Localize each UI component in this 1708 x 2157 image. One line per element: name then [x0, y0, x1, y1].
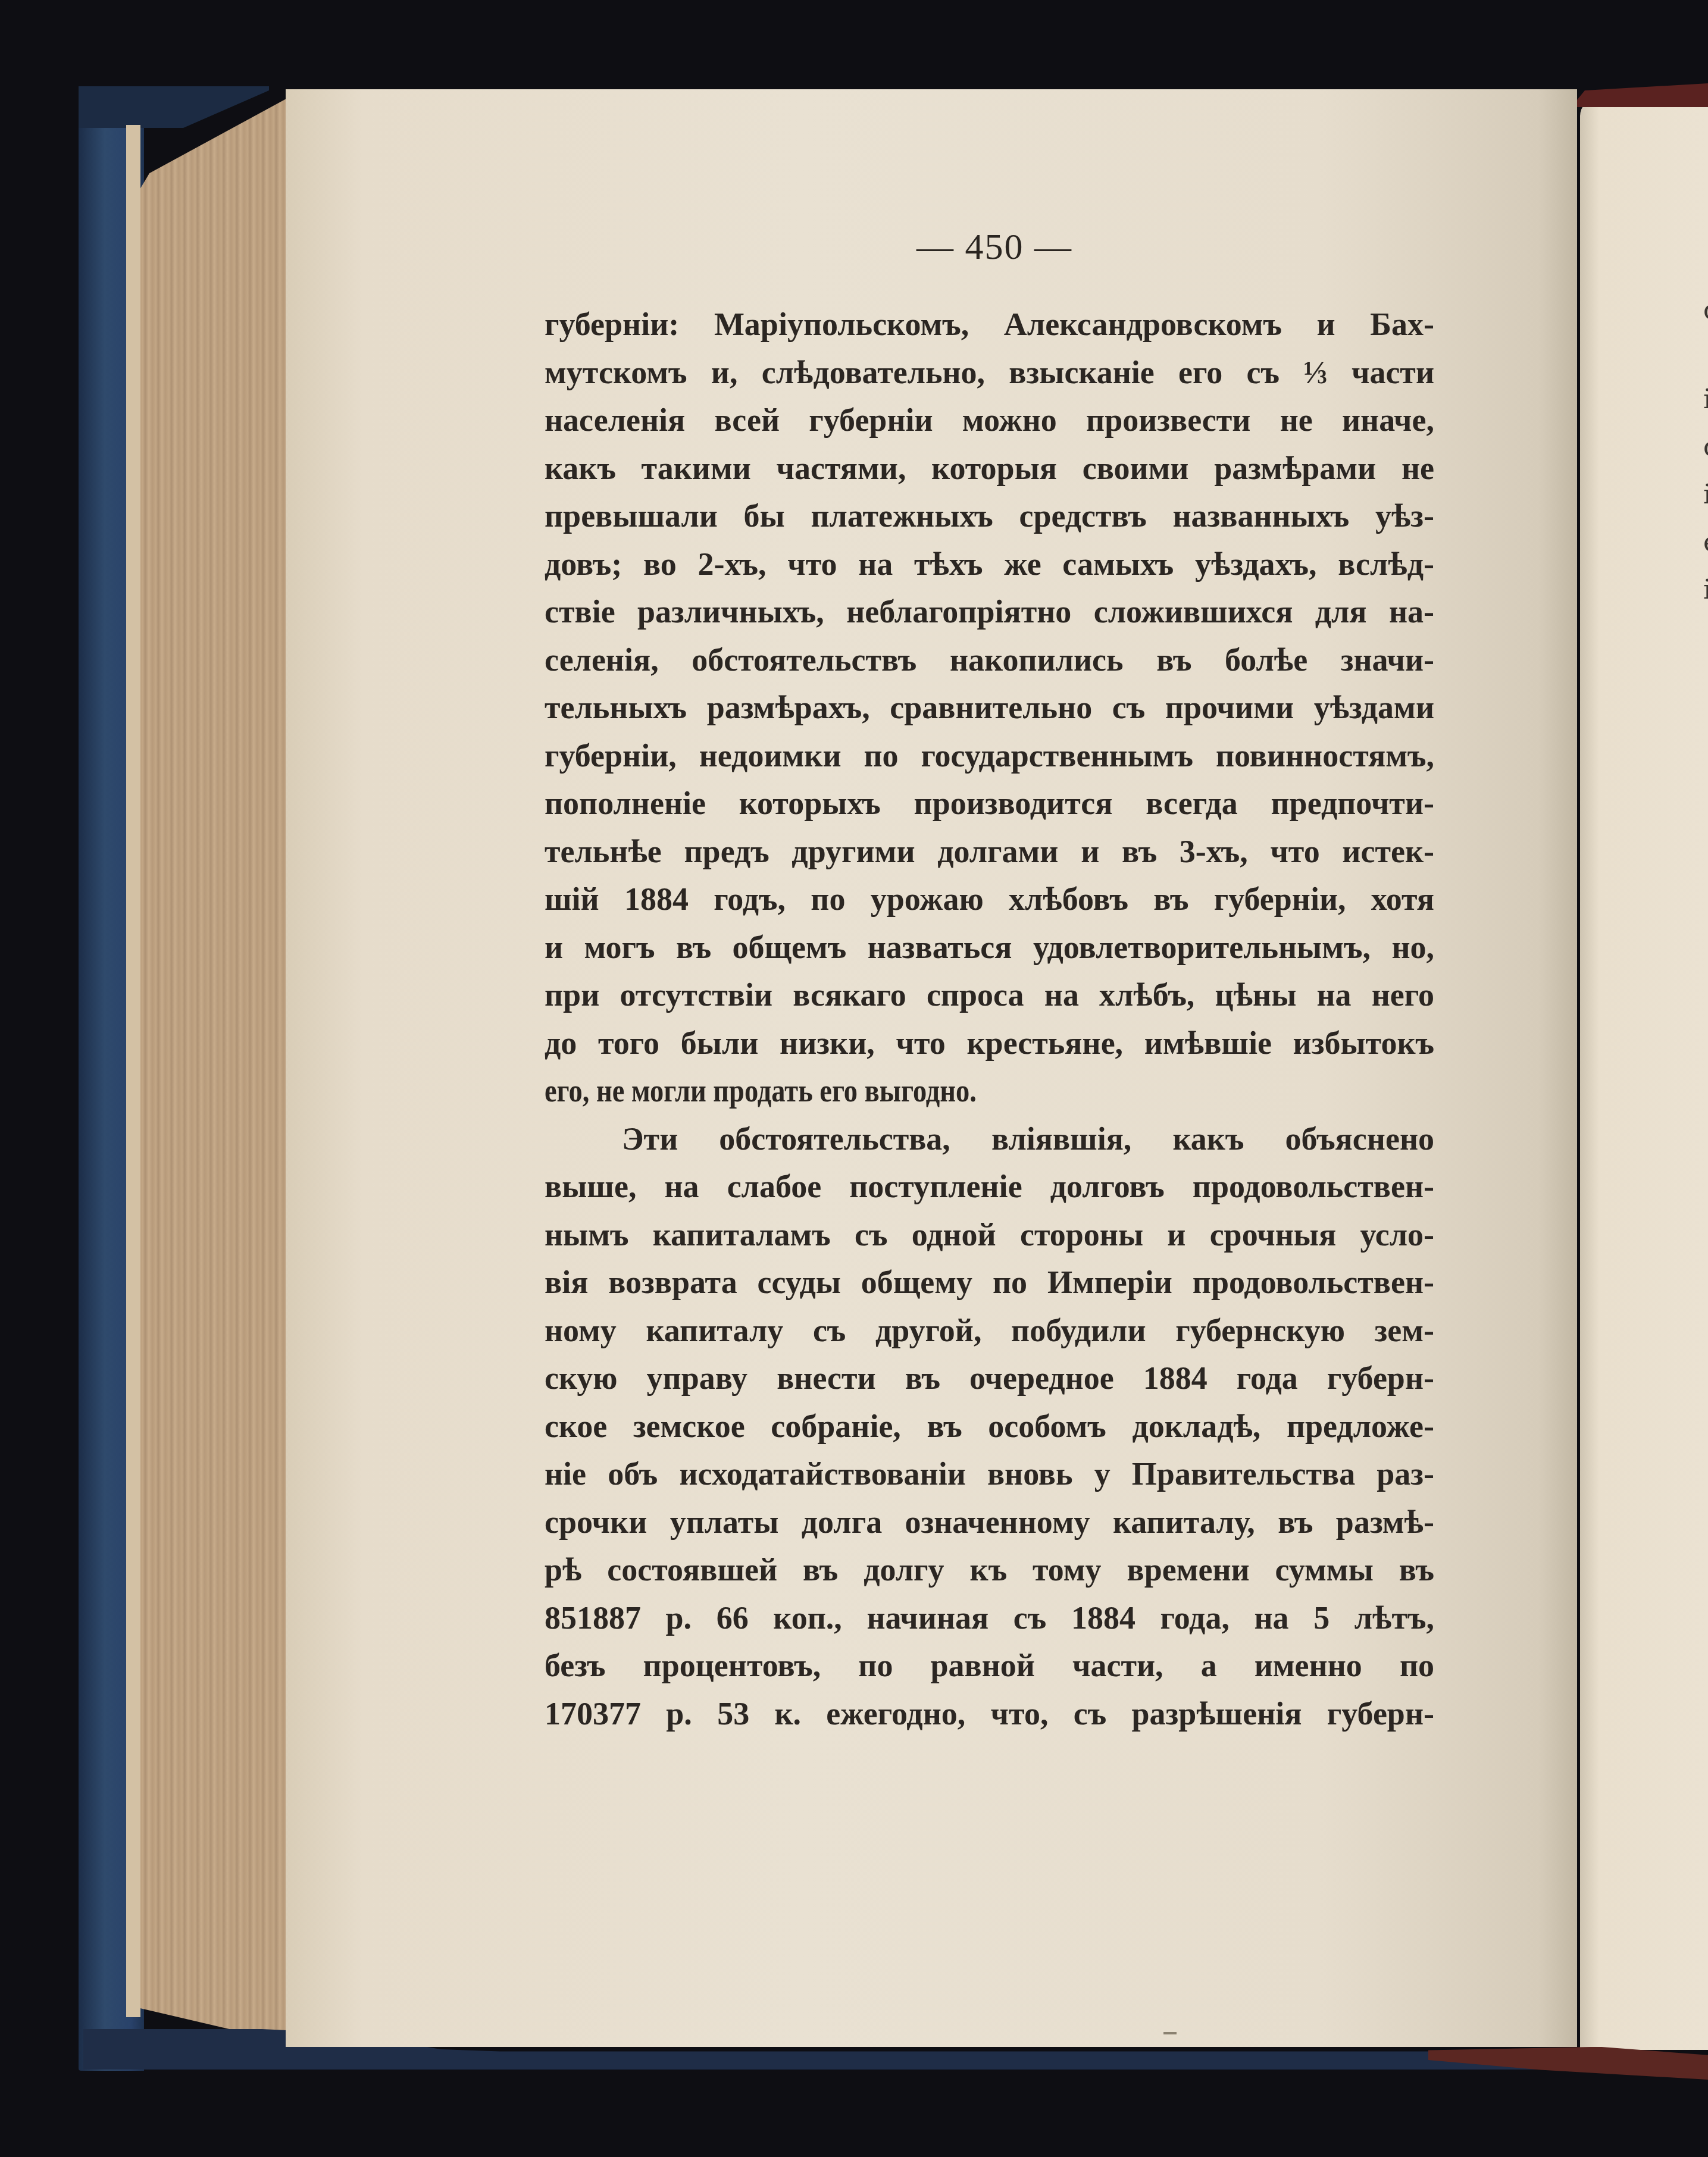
next-page-edge — [1580, 98, 1708, 2050]
text-line: ніе объ исходатайствованіи вновь у Прави… — [545, 1450, 1434, 1498]
text-line: вія возврата ссуды общему по Имперіи про… — [545, 1258, 1434, 1307]
paragraph-start-line: Эти обстоятельства, вліявшія, какъ объяс… — [545, 1115, 1434, 1163]
text-line: 170377 р. 53 к. ежегодно, что, съ разрѣш… — [545, 1690, 1434, 1738]
text-line: губерніи, недоимки по государственнымъ п… — [545, 732, 1434, 780]
text-line: выше, на слабое поступленіе долговъ прод… — [545, 1163, 1434, 1211]
text-line: ному капиталу съ другой, побудили губерн… — [545, 1307, 1434, 1355]
text-line: безъ процентовъ, по равной части, а имен… — [545, 1642, 1434, 1690]
page-number: — 450 — — [916, 226, 1072, 268]
text-line: и могъ въ общемъ назваться удовлетворите… — [545, 923, 1434, 972]
text-line: какъ такими частями, которыя своими разм… — [545, 444, 1434, 493]
text-line: тельнѣе предъ другими долгами и въ 3-хъ,… — [545, 828, 1434, 876]
next-page-glyph: і — [1703, 577, 1708, 603]
left-cover-top-corner — [79, 86, 269, 128]
right-cover-bottom-edge — [1428, 2047, 1708, 2080]
next-page-glyph: с — [1703, 298, 1708, 324]
next-page-glyph: є — [1703, 530, 1708, 556]
text-line: пополненіе которыхъ производится всегда … — [545, 779, 1434, 828]
page-block-highlight — [126, 125, 140, 2017]
next-page-glyph: с — [1703, 434, 1708, 461]
text-line: шій 1884 годъ, по урожаю хлѣбовъ въ губе… — [545, 875, 1434, 923]
paragraph-end-line: его, не могли продать его выгодно. — [545, 1067, 1310, 1115]
text-line: скую управу внести въ очередное 1884 год… — [545, 1354, 1434, 1402]
text-line: ствіе различныхъ, неблагопріятно сложивш… — [545, 588, 1434, 636]
text-line: нымъ капиталамъ съ одной стороны и срочн… — [545, 1211, 1434, 1259]
text-line: мутскомъ и, слѣдовательно, взысканіе его… — [545, 349, 1434, 397]
text-line: ское земское собраніе, въ особомъ доклад… — [545, 1402, 1434, 1451]
text-line: населенія всей губерніи можно произвести… — [545, 396, 1434, 444]
next-page-glyph: і — [1703, 387, 1708, 413]
right-cover-top-edge — [1571, 83, 1708, 107]
text-line: довъ; во 2-хъ, что на тѣхъ же самыхъ уѣз… — [545, 540, 1434, 588]
text-line: превышали бы платежныхъ средствъ названн… — [545, 492, 1434, 540]
page-block-edges — [126, 95, 293, 2044]
text-line: срочки уплаты долга означенному капиталу… — [545, 1498, 1434, 1546]
text-line: 851887 р. 66 коп., начиная съ 1884 года,… — [545, 1594, 1434, 1642]
text-line: губерніи: Маріупольскомъ, Александровско… — [545, 300, 1434, 349]
book-scan-scene: с і с і є і — 450 — губерніи: Маріупольс… — [0, 0, 1708, 2157]
text-line: до того были низки, что крестьяне, имѣвш… — [545, 1019, 1434, 1067]
text-line: селенія, обстоятельствъ накопились въ бо… — [545, 636, 1434, 684]
text-line: рѣ состоявшей въ долгу къ тому времени с… — [545, 1546, 1434, 1594]
text-line: тельныхъ размѣрахъ, сравнительно съ проч… — [545, 684, 1434, 732]
next-page-glyph: і — [1703, 482, 1708, 508]
paper-blemish — [1163, 2032, 1177, 2034]
page-body-text: губерніи: Маріупольскомъ, Александровско… — [545, 300, 1434, 1738]
text-line: при отсутствіи всякаго спроса на хлѣбъ, … — [545, 971, 1434, 1019]
